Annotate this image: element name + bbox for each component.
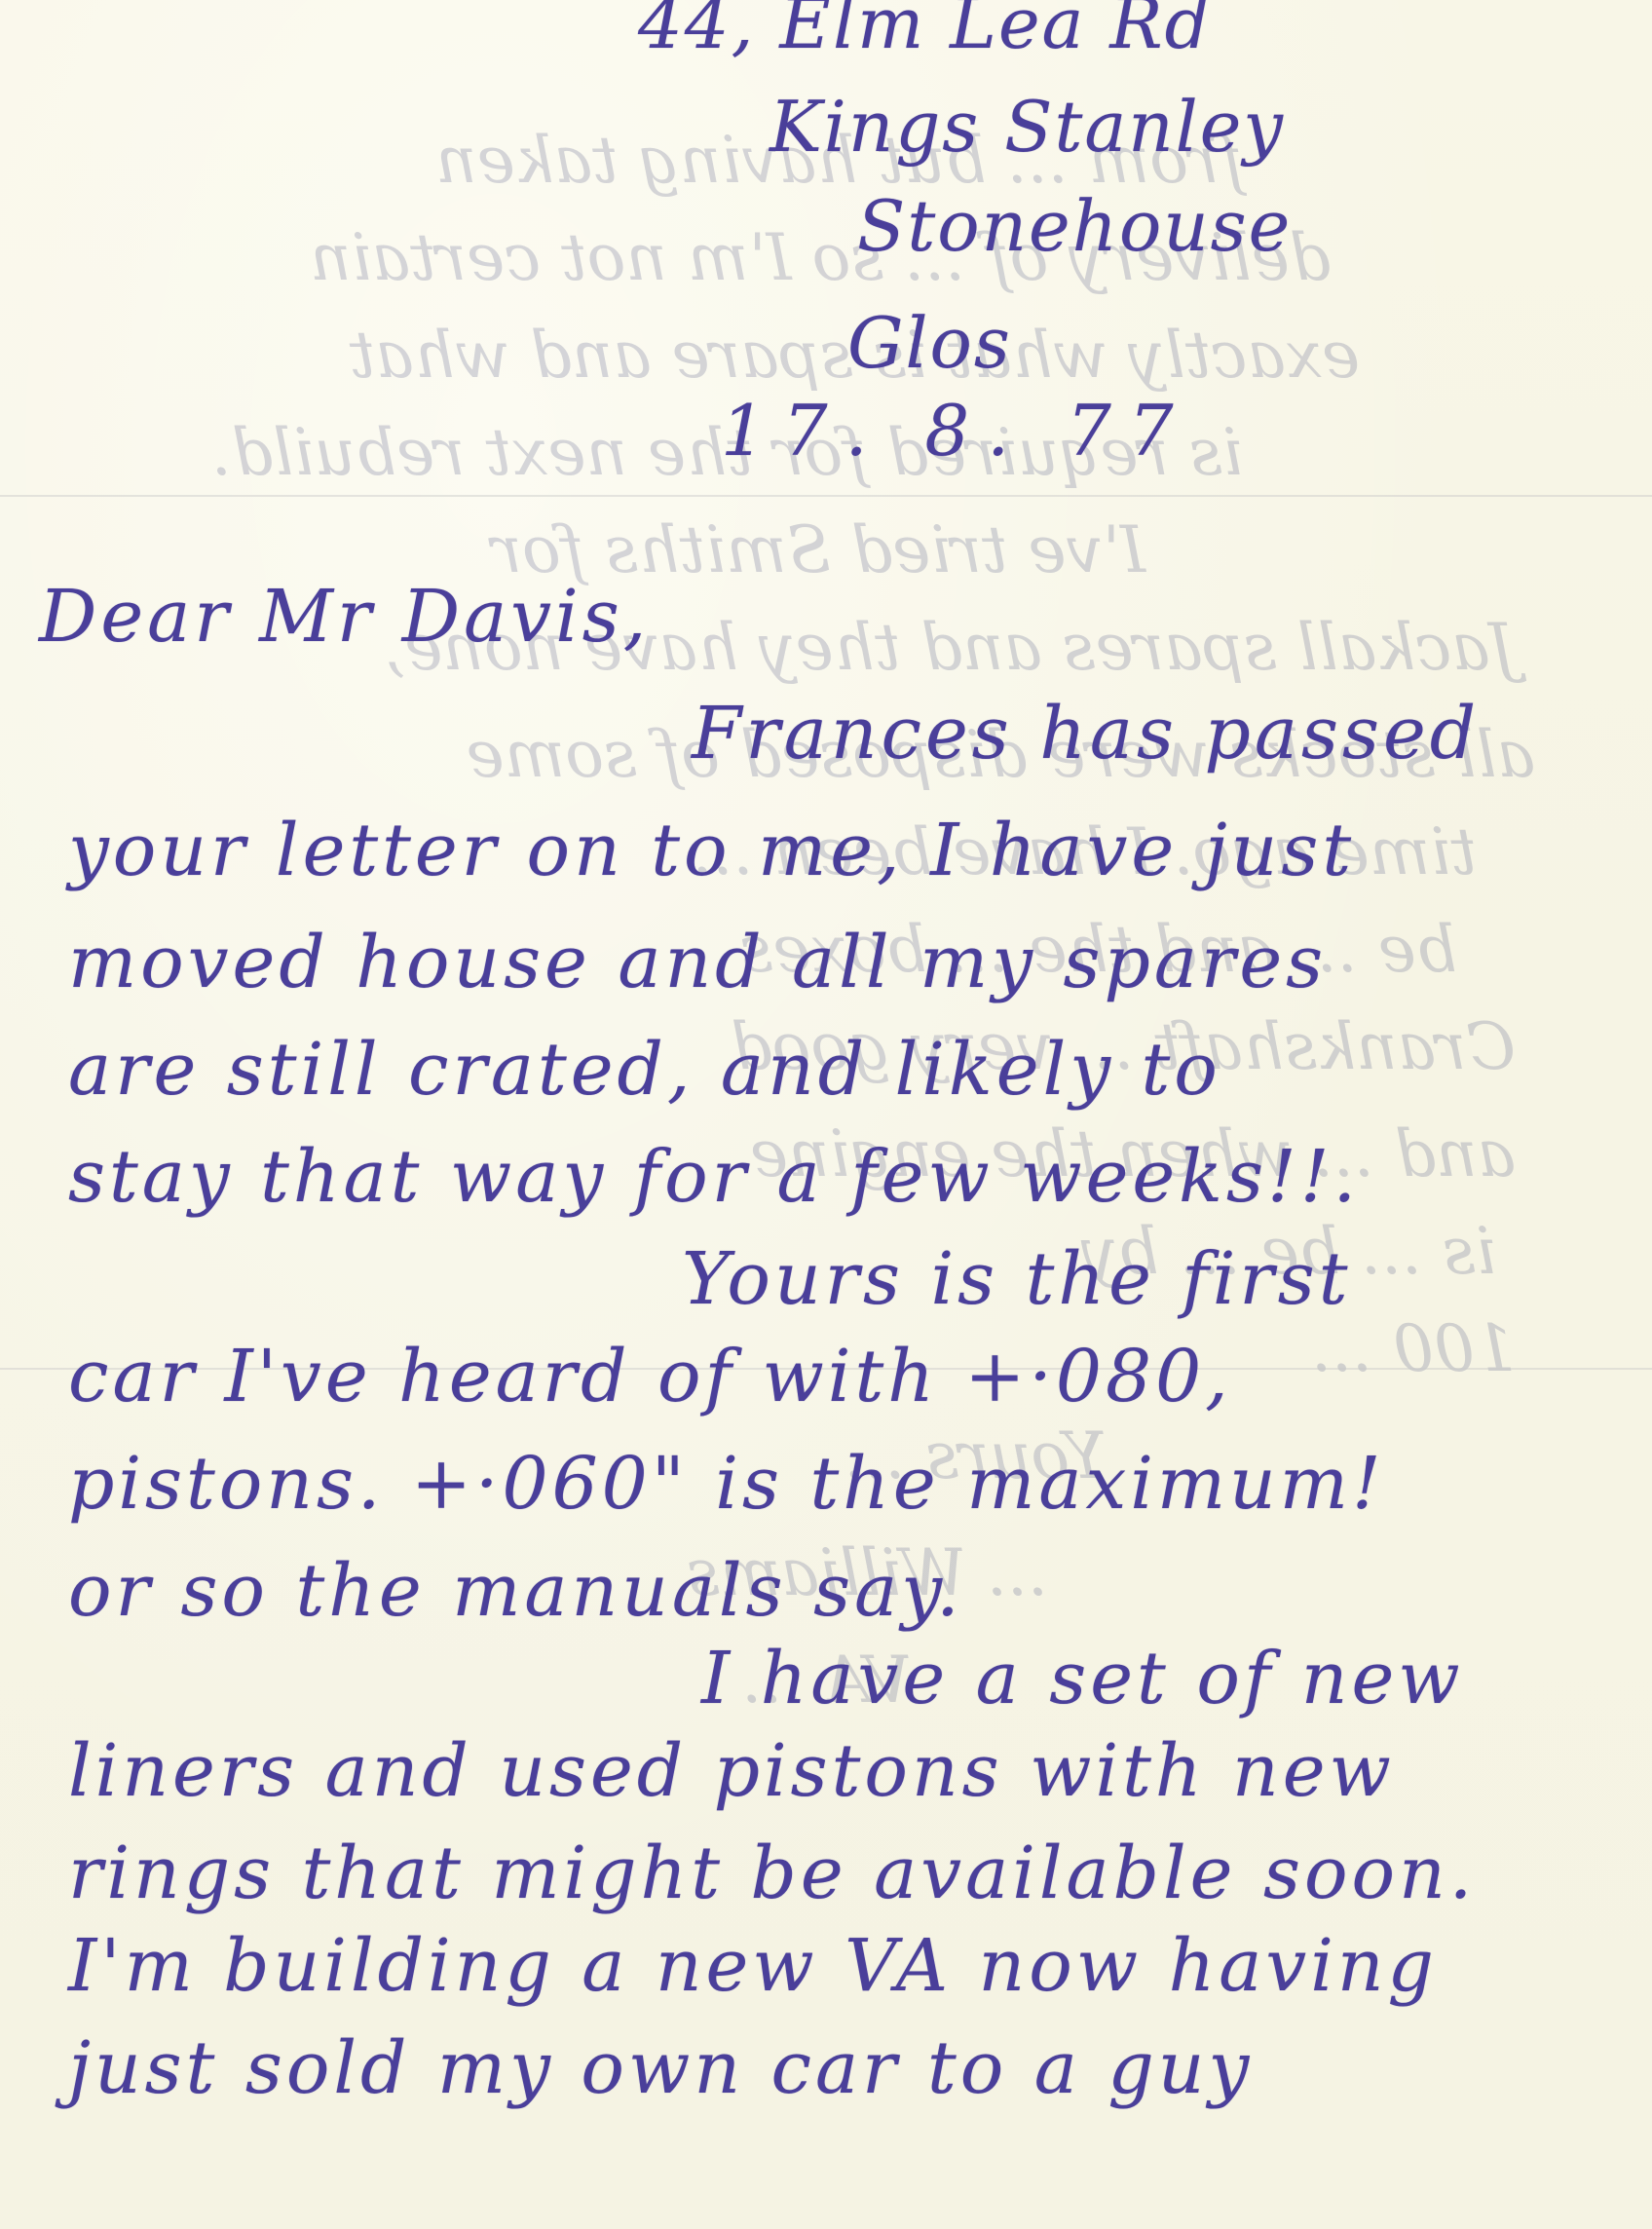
address-county: Glos	[847, 302, 1012, 384]
body-line: moved house and all my spares	[68, 921, 1327, 1004]
body-line: are still crated, and likely to	[68, 1028, 1221, 1112]
address-village: Kings Stanley	[770, 86, 1285, 168]
salutation: Dear Mr Davis,	[39, 575, 650, 659]
paper-fold-line	[0, 495, 1652, 497]
address-street: 44, Elm Lea Rd	[638, 0, 1212, 64]
body-line: your letter on to me, I have just	[68, 809, 1355, 892]
body-line: pistons. +·060" is the maximum!	[68, 1442, 1385, 1526]
body-line: rings that might be available soon.	[68, 1832, 1476, 1915]
body-line: I have a set of new	[701, 1637, 1464, 1720]
body-line: liners and used pistons with new	[68, 1729, 1395, 1813]
body-line: Yours is the first	[682, 1237, 1352, 1321]
letter-page: from ... but having taken delivery of ..…	[0, 0, 1652, 2229]
letter-date: 17. 8. 77	[721, 390, 1191, 472]
body-line: I'm building a new VA now having	[68, 1924, 1438, 2008]
body-line: just sold my own car to a guy	[68, 2026, 1253, 2110]
body-line: or so the manuals say.	[68, 1549, 963, 1633]
address-town: Stonehouse	[857, 185, 1292, 267]
body-line: Frances has passed	[692, 692, 1480, 775]
body-line: car I've heard of with +·080,	[68, 1335, 1232, 1418]
body-line: stay that way for a few weeks!!.	[68, 1135, 1360, 1219]
